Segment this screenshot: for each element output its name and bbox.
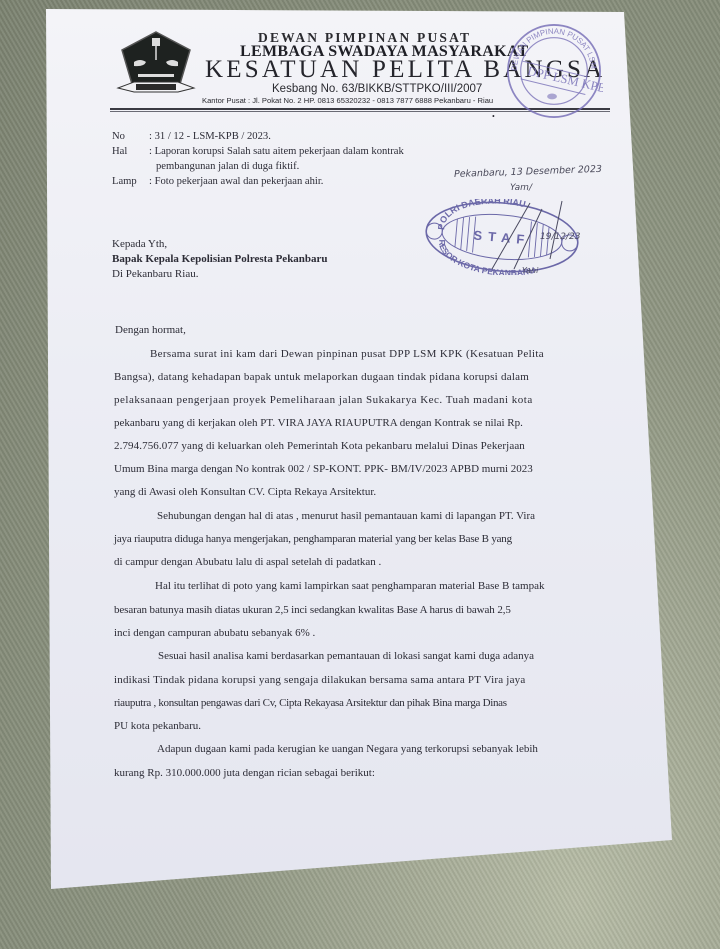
body-line: inci dengan campuran abubatu sebanyak 6%…: [114, 627, 315, 639]
body-line: 2.794.756.077 yang di keluarkan oleh Pem…: [114, 440, 525, 452]
recipient-name: Bapak Kepala Kepolisian Polresta Pekanba…: [112, 253, 328, 265]
organization-emblem-icon: [116, 30, 196, 96]
subject-value-line1: : Laporan korupsi Salah satu aitem peker…: [149, 146, 404, 157]
letterhead-registration: Kesbang No. 63/BIKKB/STTPKO/III/2007: [272, 83, 482, 95]
body-line: indikasi Tindak pidana korupsi yang seng…: [114, 674, 525, 686]
subject-label: Hal: [112, 146, 127, 157]
police-receipt-stamp: POLRI DAERAH RIAU STAF RESOR KOTA PEKANB…: [422, 199, 582, 275]
salutation: Dengan hormat,: [115, 324, 186, 336]
number-value: : 31 / 12 - LSM-KPB / 2023.: [149, 131, 271, 142]
body-line: Sesuai hasil analisa kami berdasarkan pe…: [158, 650, 534, 662]
body-line: pelaksanaan pengerjaan proyek Pemelihara…: [114, 394, 533, 406]
body-line: Hal itu terlihat di poto yang kami lampi…: [155, 580, 544, 592]
recipient-location: Di Pekanbaru Riau.: [112, 268, 198, 280]
body-line: Bangsa), datang kehadapan bapak untuk me…: [114, 371, 529, 383]
body-line: Umum Bina marga dengan No kontrak 002 / …: [114, 463, 533, 475]
organization-stamp: DEWAN PIMPINAN PUSAT LSM KESATUAN PELITA…: [505, 22, 603, 120]
svg-text:Yani: Yani: [522, 266, 539, 275]
body-line: Adapun dugaan kami pada kerugian ke uang…: [157, 743, 538, 755]
attachment-label: Lamp: [112, 176, 137, 187]
handwritten-name: Yam/: [510, 183, 532, 193]
attachment-value: : Foto pekerjaan awal dan pekerjaan ahir…: [149, 176, 323, 187]
body-line: pekanbaru yang di kerjakan oleh PT. VIRA…: [114, 417, 523, 429]
body-line: di campur dengan Abubatu lalu di aspal s…: [114, 556, 381, 568]
body-line: kurang Rp. 310.000.000 juta dengan ricia…: [114, 767, 375, 779]
body-line: yang di Awasi oleh Konsultan CV. Cipta R…: [114, 486, 376, 498]
letter-content: DEWAN PIMPINAN PUSAT LEMBAGA SWADAYA MAS…: [0, 0, 720, 949]
svg-text:19/12/23: 19/12/23: [540, 232, 581, 242]
svg-text:STAF: STAF: [473, 228, 531, 248]
body-line: Sehubungan dengan hal di atas , menurut …: [157, 510, 535, 522]
body-line: Bersama surat ini kam dari Dewan pinpina…: [150, 348, 544, 360]
body-line: besaran batunya masih diatas ukuran 2,5 …: [114, 604, 511, 616]
svg-text:DEWAN PIMPINAN PUSAT LSM KESAT: DEWAN PIMPINAN PUSAT LSM KESATUAN PELITA…: [505, 22, 598, 71]
subject-value-line2: pembangunan jalan di duga fiktif.: [156, 161, 299, 172]
body-line: jaya riauputra diduga hanya mengerjakan,…: [114, 533, 512, 545]
body-line: riauputra , konsultan pengawas dari Cv, …: [114, 697, 507, 709]
body-line: PU kota pekanbaru.: [114, 720, 201, 732]
number-label: No: [112, 131, 125, 142]
recipient-greeting: Kepada Yth,: [112, 238, 167, 250]
handwritten-date: Pekanbaru, 13 Desember 2023: [454, 164, 602, 180]
letterhead-address: Kantor Pusat : Jl. Pokat No. 2 HP. 0813 …: [202, 96, 493, 105]
mark-dot: •: [492, 112, 495, 121]
